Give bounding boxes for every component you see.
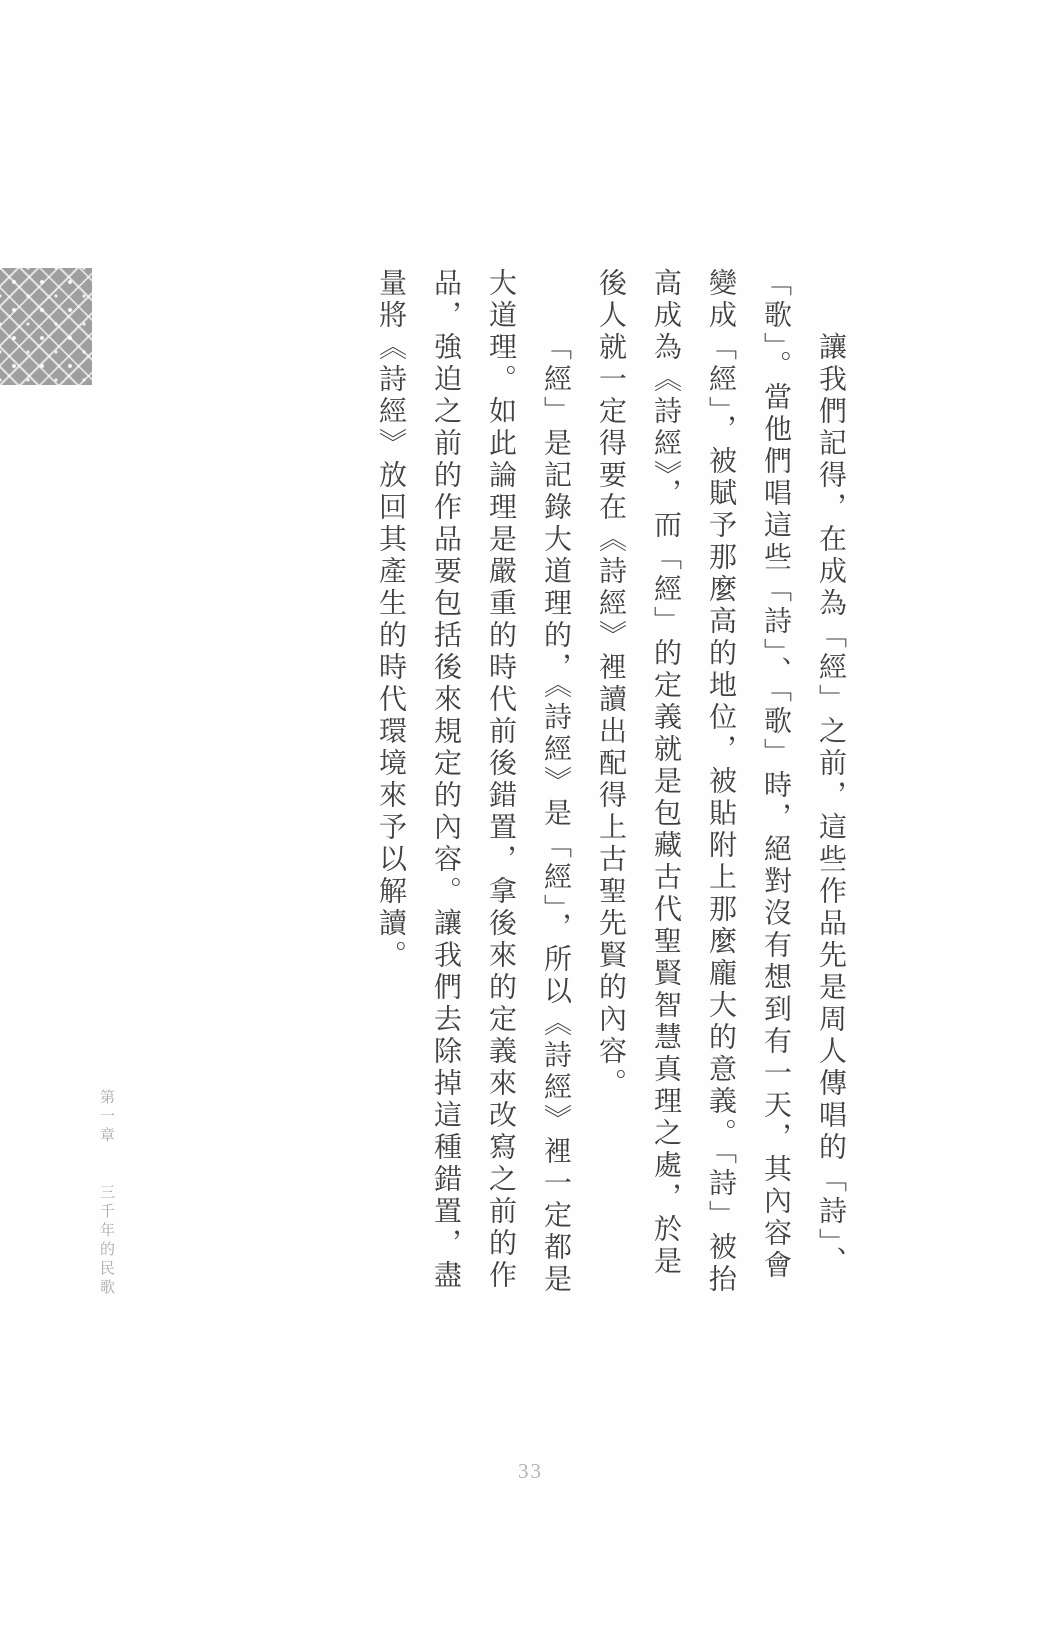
paragraph-2: 「經」是記錄大道理的，《詩經》是「經」，所以《詩經》裡一定都是大道理。如此論理是… — [363, 268, 583, 1300]
paragraph-1: 讓我們記得，在成為「經」之前，這些作品先是周人傳唱的「詩」、「歌」。當他們唱這些… — [583, 268, 858, 1300]
body-text-block: 讓我們記得，在成為「經」之前，這些作品先是周人傳唱的「詩」、「歌」。當他們唱這些… — [363, 268, 858, 1300]
chapter-number-label: 第一章 — [96, 1089, 116, 1146]
diamond-lattice-ornament — [0, 268, 92, 385]
chapter-title-label: 三千年的民歌 — [96, 1184, 116, 1298]
book-page: 讓我們記得，在成為「經」之前，這些作品先是周人傳唱的「詩」、「歌」。當他們唱這些… — [0, 0, 1059, 1652]
page-number: 33 — [518, 1459, 543, 1484]
